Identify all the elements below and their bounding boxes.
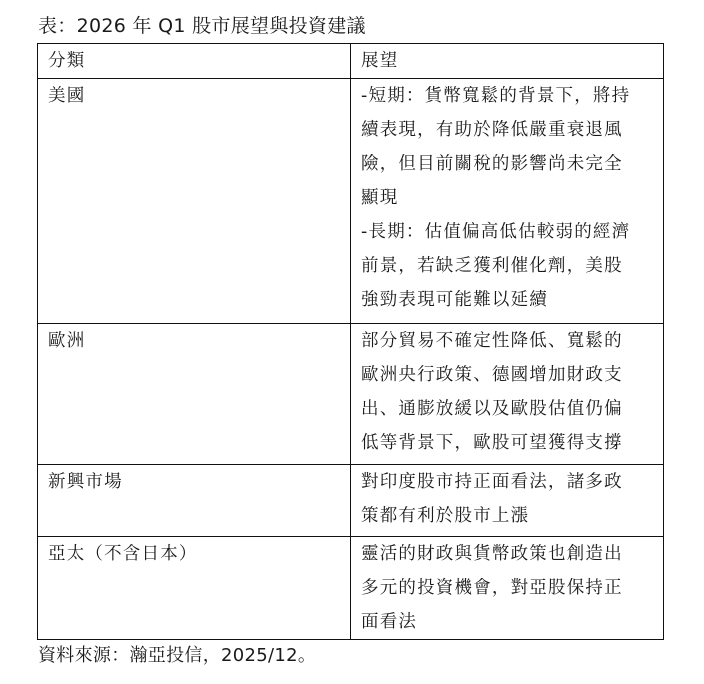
market-outlook-table: 分類 展望 美國 -短期：貨幣寬鬆的背景下，將持 續表現，有助於降低嚴重衰退風 …	[37, 43, 664, 640]
category-cell: 新興市場	[38, 465, 351, 537]
outlook-text: 靈活的財政與貨幣政策也創造出 多元的投資機會，對亞股保持正 面看法	[361, 537, 653, 639]
header-category: 分類	[38, 44, 351, 79]
table-row: 歐洲 部分貿易不確定性降低、寬鬆的 歐洲央行政策、德國增加財政支 出、通膨放緩以…	[38, 324, 664, 465]
table-header-row: 分類 展望	[38, 44, 664, 79]
outlook-cell: -短期：貨幣寬鬆的背景下，將持 續表現，有助於降低嚴重衰退風 險，但目前關稅的影…	[351, 79, 664, 324]
header-outlook: 展望	[351, 44, 664, 79]
outlook-text: 對印度股市持正面看法，諸多政 策都有利於股市上漲	[361, 465, 653, 533]
source-note: 資料來源：瀚亞投信，2025/12。	[38, 643, 316, 669]
table-caption: 表：2026 年 Q1 股市展望與投資建議	[38, 12, 366, 40]
category-cell: 美國	[38, 79, 351, 324]
outlook-cell: 對印度股市持正面看法，諸多政 策都有利於股市上漲	[351, 465, 664, 537]
table-row: 美國 -短期：貨幣寬鬆的背景下，將持 續表現，有助於降低嚴重衰退風 險，但目前關…	[38, 79, 664, 324]
outlook-cell: 靈活的財政與貨幣政策也創造出 多元的投資機會，對亞股保持正 面看法	[351, 537, 664, 640]
category-cell: 歐洲	[38, 324, 351, 465]
category-cell: 亞太（不含日本）	[38, 537, 351, 640]
table-row: 新興市場 對印度股市持正面看法，諸多政 策都有利於股市上漲	[38, 465, 664, 537]
outlook-text: 部分貿易不確定性降低、寬鬆的 歐洲央行政策、德國增加財政支 出、通膨放緩以及歐股…	[361, 324, 653, 460]
outlook-cell: 部分貿易不確定性降低、寬鬆的 歐洲央行政策、德國增加財政支 出、通膨放緩以及歐股…	[351, 324, 664, 465]
outlook-text: -短期：貨幣寬鬆的背景下，將持 續表現，有助於降低嚴重衰退風 險，但目前關稅的影…	[361, 79, 653, 317]
table-row: 亞太（不含日本） 靈活的財政與貨幣政策也創造出 多元的投資機會，對亞股保持正 面…	[38, 537, 664, 640]
